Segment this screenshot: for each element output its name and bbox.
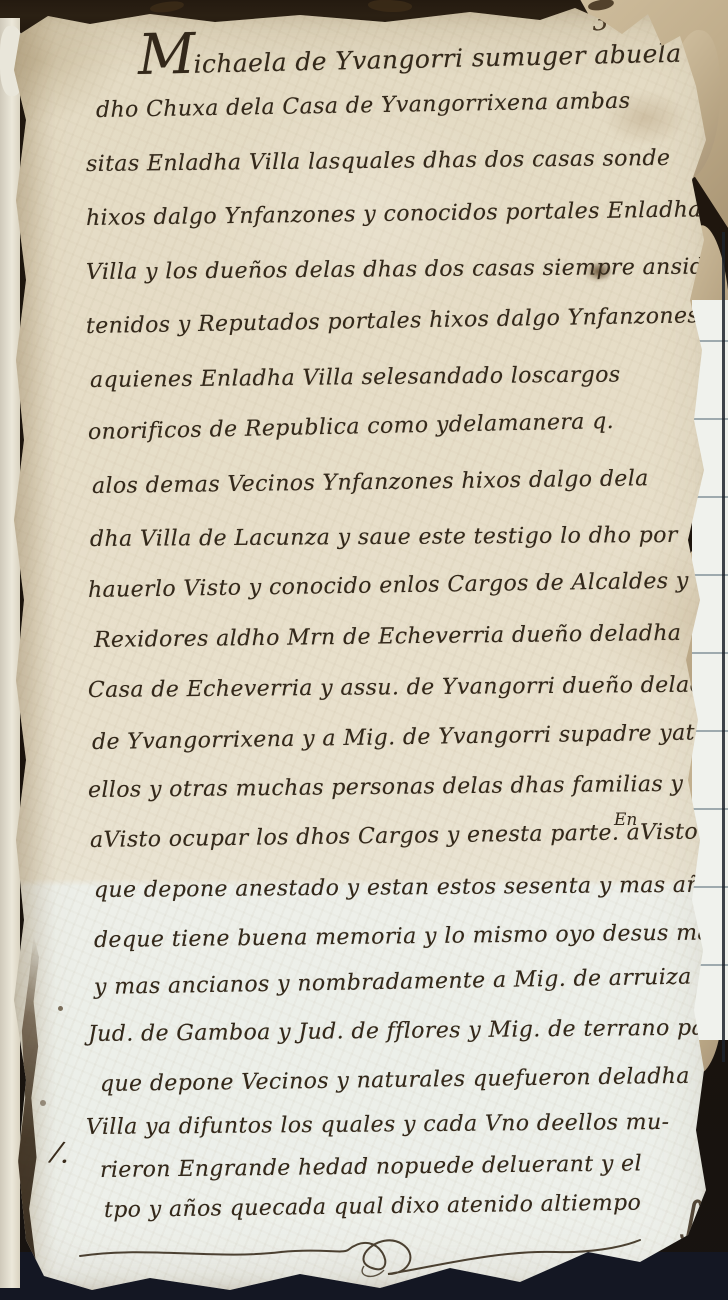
scan-edge-line: [722, 232, 725, 1062]
edge-debris: [150, 0, 185, 13]
manuscript-line: tpo y años quecada qual dixo atenido alt…: [104, 1191, 641, 1223]
manuscript-line: que depone Vecinos y naturales quefueron…: [100, 1064, 690, 1097]
manuscript-page: 36 Michaela de Yvangorri sumuger abuela …: [0, 0, 728, 1300]
ink-spot: [40, 1100, 46, 1106]
manuscript-line: alos demas Vecinos Ynfanzones hixos dalg…: [92, 466, 649, 499]
ink-spot: [58, 1006, 63, 1011]
manuscript-line: hixos dalgo Ynfanzones y conocidos porta…: [86, 197, 702, 231]
under-leaf-sliver: [0, 18, 20, 1288]
manuscript-line: Casa de Echeverria y assu. de Yvangorri …: [88, 672, 728, 703]
manuscript-line: dha Villa de Lacunza y saue este testigo…: [90, 523, 678, 552]
manuscript-line: tenidos y Reputados portales hixos dalgo…: [86, 303, 700, 339]
manuscript-line: onorificos de Republica como ydelamanera…: [88, 409, 615, 445]
manuscript-line: rieron Engrande hedad nopuede deluerant …: [100, 1151, 642, 1183]
manuscript-line: Jud. de Gamboa y Jud. de fflores y Mig. …: [88, 1015, 728, 1047]
document-scan: 36 Michaela de Yvangorri sumuger abuela …: [0, 0, 728, 1300]
manuscript-line: Villa y los dueños delas dhas dos casas …: [86, 254, 718, 285]
manuscript-line: hauerlo Visto y conocido enlos Cargos de…: [88, 569, 689, 603]
manuscript-line: Rexidores aldho Mrn de Echeverria dueño …: [94, 621, 682, 653]
superscript-annotation: En: [614, 810, 637, 830]
closing-brace-flourish: ∫: [677, 1191, 707, 1245]
manuscript-line: de Yvangorrixena y a Mig. de Yvangorri s…: [92, 720, 728, 755]
manuscript-line: ellos y otras muchas personas delas dhas…: [88, 771, 728, 803]
manuscript-line: Michaela de Yvangorri sumuger abuela del…: [138, 21, 728, 80]
manuscript-line: sitas Enladha Villa lasquales dhas dos c…: [86, 146, 671, 177]
manuscript-line: dho Chuxa dela Casa de Yvangorrixena amb…: [96, 89, 631, 123]
manuscript-line: Villa ya difuntos los quales y cada Vno …: [86, 1110, 670, 1140]
manuscript-line: deque tiene buena memoria y lo mismo oyo…: [94, 920, 728, 953]
edge-debris: [368, 0, 413, 14]
manuscript-line: aquienes Enladha Villa selesandado losca…: [90, 362, 621, 393]
manuscript-line: y mas ancianos y nombradamente a Mig. de…: [94, 965, 692, 1000]
manuscript-line: que depone anestado y estan estos sesent…: [94, 872, 727, 903]
